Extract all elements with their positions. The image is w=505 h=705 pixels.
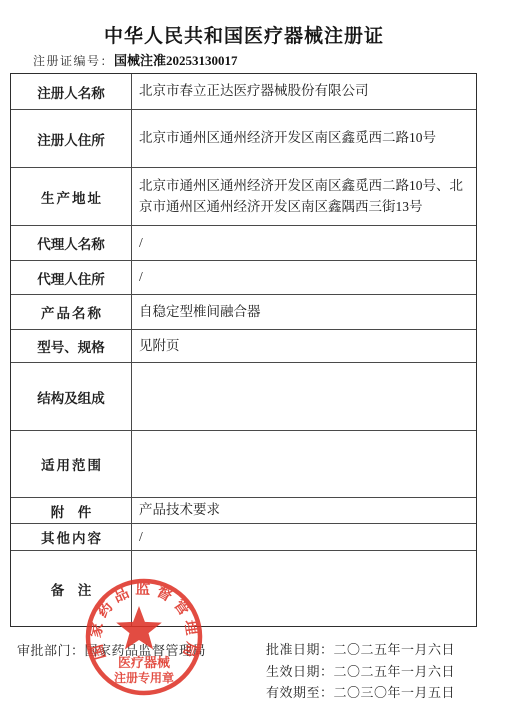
approval-date-label: 批准日期： — [266, 639, 334, 658]
row-label: 适用范围 — [11, 431, 132, 497]
row-label: 代理人住所 — [11, 261, 132, 294]
expiry-date-value: 二〇三〇年一月五日 — [334, 682, 456, 701]
effective-date-line: 生效日期： 二〇二五年一月六日 — [266, 660, 455, 682]
approval-department-line: 审批部门： 国家药品监督管理局 — [17, 640, 206, 659]
table-row: 注册人住所 北京市通州区通州经济开发区南区鑫觅西二路10号 — [11, 110, 476, 168]
row-value: 自稳定型椎间融合器 — [132, 295, 476, 329]
row-label: 附 件 — [11, 498, 132, 523]
row-value: 北京市春立正达医疗器械股份有限公司 — [132, 74, 476, 109]
row-value: 北京市通州区通州经济开发区南区鑫觅西二路10号、北京市通州区通州经济开发区南区鑫… — [132, 168, 476, 225]
row-label: 产品名称 — [11, 295, 132, 329]
table-row: 适用范围 — [11, 431, 476, 498]
approval-date-line: 批准日期： 二〇二五年一月六日 — [266, 638, 455, 660]
certificate-title: 中华人民共和国医疗器械注册证 — [0, 21, 488, 48]
row-value — [132, 431, 476, 497]
table-row: 生产地址 北京市通州区通州经济开发区南区鑫觅西二路10号、北京市通州区通州经济开… — [11, 168, 476, 226]
date-block: 批准日期： 二〇二五年一月六日 生效日期： 二〇二五年一月六日 有效期至： 二〇… — [266, 638, 455, 703]
effective-date-value: 二〇二五年一月六日 — [334, 661, 456, 680]
table-row: 结构及组成 — [11, 363, 476, 431]
row-value: / — [132, 226, 476, 260]
registration-number-line: 注册证编号： 国械注准20253130017 — [33, 50, 238, 69]
row-value: / — [132, 524, 476, 550]
table-row: 其他内容 / — [11, 524, 476, 551]
approval-department-label: 审批部门： — [17, 640, 85, 659]
certificate-table: 注册人名称 北京市春立正达医疗器械股份有限公司 注册人住所 北京市通州区通州经济… — [10, 73, 477, 627]
table-row: 代理人名称 / — [11, 226, 476, 261]
approval-department-value: 国家药品监督管理局 — [85, 640, 207, 659]
effective-date-label: 生效日期： — [266, 661, 334, 680]
expiry-date-line: 有效期至： 二〇三〇年一月五日 — [266, 681, 455, 703]
table-row: 附 件 产品技术要求 — [11, 498, 476, 524]
row-value: / — [132, 261, 476, 294]
approval-date-value: 二〇二五年一月六日 — [334, 639, 456, 658]
certificate-page: 中华人民共和国医疗器械注册证 注册证编号： 国械注准20253130017 注册… — [0, 0, 505, 705]
row-label: 注册人名称 — [11, 74, 132, 109]
row-value: 见附页 — [132, 330, 476, 362]
table-row: 注册人名称 北京市春立正达医疗器械股份有限公司 — [11, 74, 476, 110]
expiry-date-label: 有效期至： — [266, 682, 334, 701]
table-row: 型号、规格 见附页 — [11, 330, 476, 363]
row-value: 北京市通州区通州经济开发区南区鑫觅西二路10号 — [132, 110, 476, 167]
row-value: 产品技术要求 — [132, 498, 476, 523]
row-label: 生产地址 — [11, 168, 132, 225]
row-label: 注册人住所 — [11, 110, 132, 167]
registration-number-label: 注册证编号： — [33, 52, 114, 69]
row-label: 型号、规格 — [11, 330, 132, 362]
table-row: 代理人住所 / — [11, 261, 476, 295]
registration-number-value: 国械注准20253130017 — [114, 50, 238, 69]
row-label: 结构及组成 — [11, 363, 132, 430]
row-value — [132, 363, 476, 430]
row-label: 其他内容 — [11, 524, 132, 550]
table-row: 产品名称 自稳定型椎间融合器 — [11, 295, 476, 330]
row-value — [132, 551, 476, 626]
stamp-line2: 注册专用章 — [114, 670, 174, 685]
row-label: 代理人名称 — [11, 226, 132, 260]
row-label: 备 注 — [11, 551, 132, 626]
table-row: 备 注 — [11, 551, 476, 626]
